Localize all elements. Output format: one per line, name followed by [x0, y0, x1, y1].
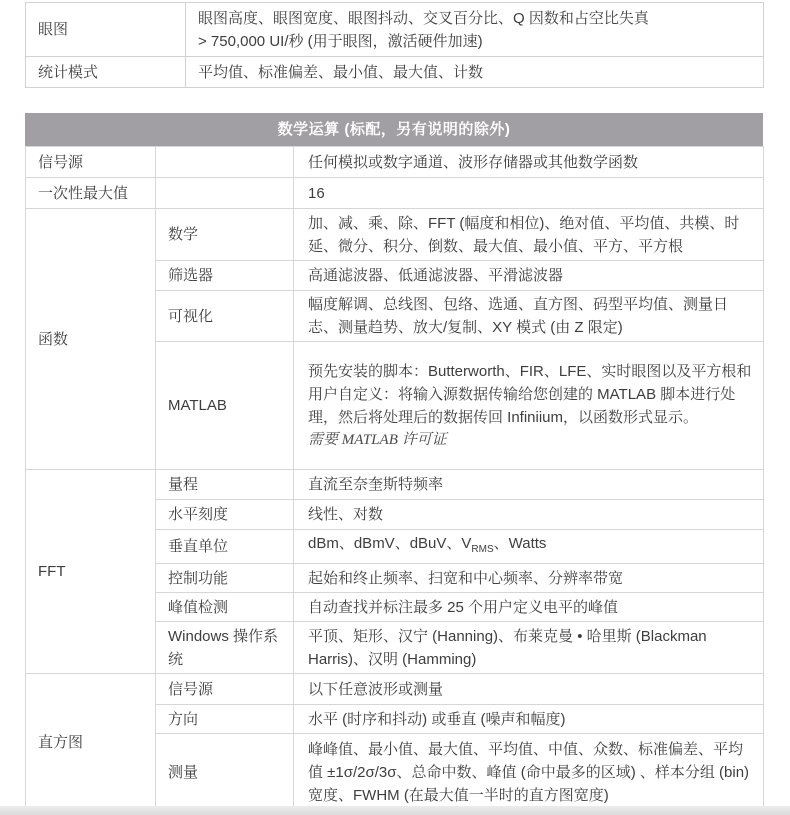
- row-value: 平均值、标准偏差、最小值、最大值、计数: [186, 57, 764, 88]
- row-value: 加、减、乘、除、FFT (幅度和相位)、绝对值、平均值、共模、时延、微分、积分、…: [294, 209, 764, 261]
- row-value: 线性、对数: [294, 500, 764, 530]
- table-row: 眼图 眼图高度、眼图宽度、眼图抖动、交叉百分比、Q 因数和占空比失真 > 750…: [26, 3, 764, 57]
- row-value: 直流至奈奎斯特频率: [294, 470, 764, 500]
- row-label: 眼图: [26, 3, 186, 57]
- eye-rate-text: > 750,000 UI/秒 (用于眼图，激活硬件加速): [198, 30, 753, 53]
- row-value: 预先安装的脚本：Butterworth、FIR、LFE、实时眼图以及平方根和 用…: [294, 342, 764, 470]
- row-label: 测量: [156, 734, 294, 811]
- page-edge-shadow: [0, 806, 790, 815]
- section-header: 数学运算 (标配，另有说明的除外): [25, 113, 763, 146]
- vertical-units-subscript: RMS: [471, 544, 493, 555]
- row-label: 控制功能: [156, 564, 294, 593]
- row-value: 起始和终止频率、扫宽和中心频率、分辨率带宽: [294, 564, 764, 593]
- row-value: 16: [294, 178, 764, 209]
- row-label: 数学: [156, 209, 294, 261]
- row-label: 统计模式: [26, 57, 186, 88]
- row-value: 水平 (时序和抖动) 或垂直 (噪声和幅度): [294, 705, 764, 734]
- table-row: FFT 量程 直流至奈奎斯特频率: [26, 470, 764, 500]
- row-label: 水平刻度: [156, 500, 294, 530]
- row-label: 可视化: [156, 291, 294, 342]
- row-label: MATLAB: [156, 342, 294, 470]
- row-label: 一次性最大值: [26, 178, 156, 209]
- row-value: 以下任意波形或测量: [294, 674, 764, 705]
- group-label-functions: 函数: [26, 209, 156, 470]
- matlab-custom-text: 用户自定义：将输入源数据传输给您创建的 MATLAB 脚本进行处理，然后将处理后…: [308, 383, 753, 429]
- group-label-histogram: 直方图: [26, 674, 156, 811]
- empty-cell: [156, 178, 294, 209]
- table-row: 一次性最大值 16: [26, 178, 764, 209]
- matlab-license-note: 需要 MATLAB 许可证: [308, 429, 753, 452]
- row-label: 筛选器: [156, 261, 294, 291]
- spec-sheet-page: 眼图 眼图高度、眼图宽度、眼图抖动、交叉百分比、Q 因数和占空比失真 > 750…: [0, 0, 790, 815]
- row-label: 信号源: [26, 147, 156, 178]
- row-label: 垂直单位: [156, 530, 294, 564]
- row-label: 量程: [156, 470, 294, 500]
- table-row: 信号源 任何模拟或数字通道、波形存储器或其他数学函数: [26, 147, 764, 178]
- table-row: 函数 数学 加、减、乘、除、FFT (幅度和相位)、绝对值、平均值、共模、时延、…: [26, 209, 764, 261]
- row-value: dBm、dBmV、dBuV、VRMS、Watts: [294, 530, 764, 564]
- matlab-preinstalled-text: 预先安装的脚本：Butterworth、FIR、LFE、实时眼图以及平方根和: [308, 360, 753, 383]
- math-table: 信号源 任何模拟或数字通道、波形存储器或其他数学函数 一次性最大值 16 函数 …: [25, 146, 764, 811]
- row-value: 任何模拟或数字通道、波形存储器或其他数学函数: [294, 147, 764, 178]
- eye-stats-table: 眼图 眼图高度、眼图宽度、眼图抖动、交叉百分比、Q 因数和占空比失真 > 750…: [25, 2, 764, 88]
- row-value: 幅度解调、总线图、包络、选通、直方图、码型平均值、测量日志、测量趋势、放大/复制…: [294, 291, 764, 342]
- row-value: 平顶、矩形、汉宁 (Hanning)、布莱克曼 • 哈里斯 (Blackman …: [294, 622, 764, 674]
- row-value: 峰峰值、最小值、最大值、平均值、中值、众数、标准偏差、平均值 ±1σ/2σ/3σ…: [294, 734, 764, 811]
- row-label: 方向: [156, 705, 294, 734]
- group-label-fft: FFT: [26, 470, 156, 674]
- eye-measurements-text: 眼图高度、眼图宽度、眼图抖动、交叉百分比、Q 因数和占空比失真: [198, 7, 753, 30]
- table-row: 统计模式 平均值、标准偏差、最小值、最大值、计数: [26, 57, 764, 88]
- empty-cell: [156, 147, 294, 178]
- row-label: 峰值检测: [156, 593, 294, 622]
- row-value: 高通滤波器、低通滤波器、平滑滤波器: [294, 261, 764, 291]
- table-row: 直方图 信号源 以下任意波形或测量: [26, 674, 764, 705]
- row-value: 自动查找并标注最多 25 个用户定义电平的峰值: [294, 593, 764, 622]
- vertical-units-suffix: 、Watts: [494, 535, 547, 552]
- vertical-units-prefix: dBm、dBmV、dBuV、V: [308, 535, 471, 552]
- row-value: 眼图高度、眼图宽度、眼图抖动、交叉百分比、Q 因数和占空比失真 > 750,00…: [186, 3, 764, 57]
- math-section: 数学运算 (标配，另有说明的除外) 信号源 任何模拟或数字通道、波形存储器或其他…: [25, 113, 763, 811]
- row-label: Windows 操作系统: [156, 622, 294, 674]
- row-label: 信号源: [156, 674, 294, 705]
